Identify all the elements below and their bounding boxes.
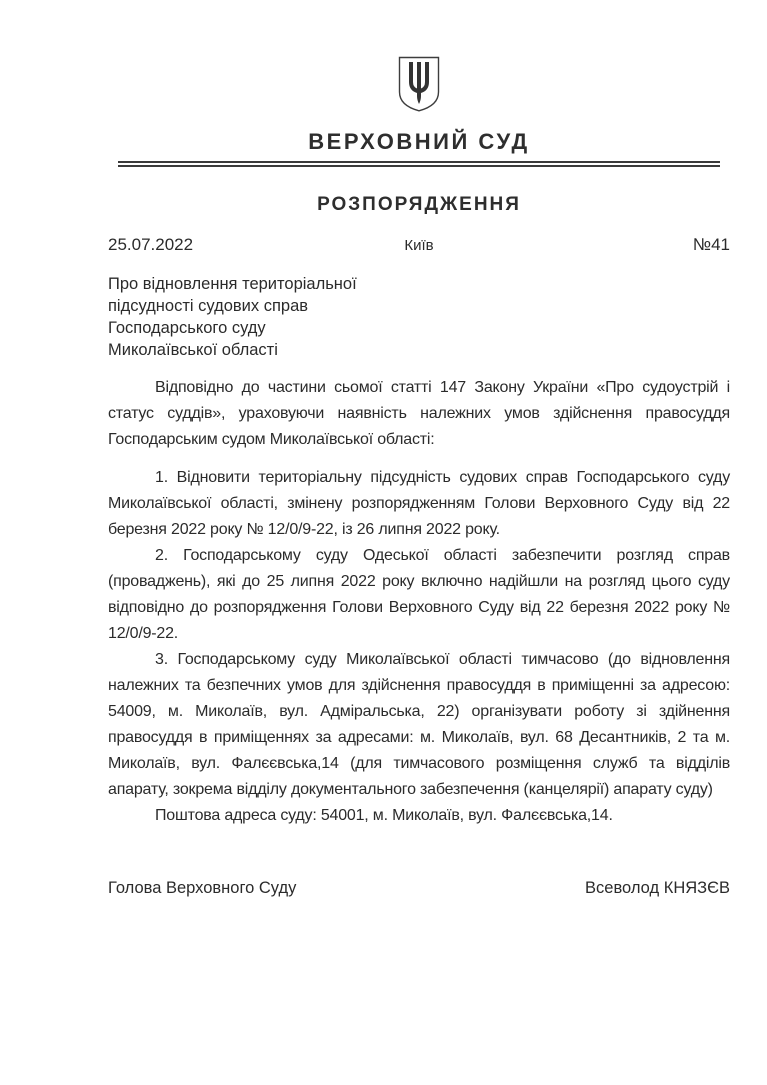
document-subject: Про відновлення територіальної підсуднос… — [108, 273, 730, 361]
subject-line: Господарського суду — [108, 317, 730, 339]
header-divider-rule — [118, 161, 720, 167]
signer-name: Всеволод КНЯЗЄВ — [585, 879, 730, 898]
postal-address-line: Поштова адреса суду: 54001, м. Миколаїв,… — [108, 803, 730, 829]
document-body: Відповідно до частини сьомої статті 147 … — [108, 375, 730, 829]
document-date: 25.07.2022 — [108, 235, 315, 255]
emblem-container — [108, 0, 730, 118]
subject-line: підсудності судових справ — [108, 295, 730, 317]
order-item-2: 2. Господарському суду Одеської області … — [108, 543, 730, 647]
signature-block: Голова Верховного Суду Всеволод КНЯЗЄВ — [108, 879, 730, 898]
subject-line: Про відновлення територіальної — [108, 273, 730, 295]
intro-paragraph: Відповідно до частини сьомої статті 147 … — [108, 375, 730, 453]
subject-line: Миколаївської області — [108, 339, 730, 361]
document-place: Київ — [315, 237, 522, 254]
order-item-3: 3. Господарському суду Миколаївської обл… — [108, 647, 730, 803]
document-type-title: РОЗПОРЯДЖЕННЯ — [108, 195, 730, 215]
document-meta-row: 25.07.2022 Київ №41 — [108, 235, 730, 255]
document-page: ВЕРХОВНИЙ СУД РОЗПОРЯДЖЕННЯ 25.07.2022 К… — [0, 0, 767, 1085]
signer-position: Голова Верховного Суду — [108, 879, 296, 898]
order-item-1: 1. Відновити територіальну підсудність с… — [108, 465, 730, 543]
organization-name: ВЕРХОВНИЙ СУД — [108, 131, 730, 153]
document-number: №41 — [523, 235, 730, 255]
ukraine-tryzub-shield-icon — [397, 55, 441, 118]
